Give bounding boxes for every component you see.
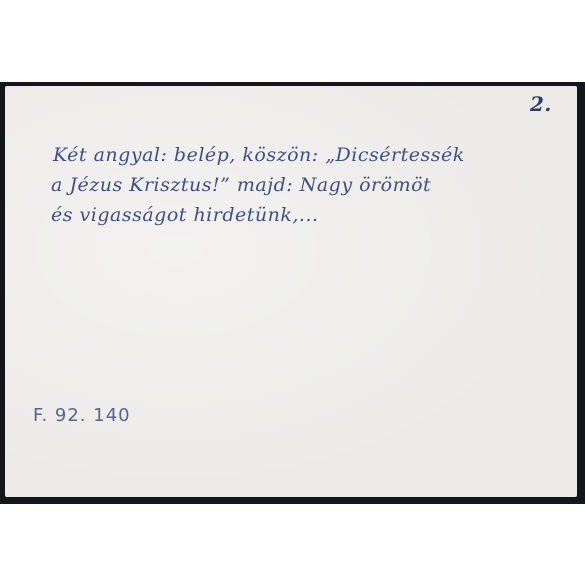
catalog-number: F. 92. 140: [33, 405, 131, 426]
handwritten-line-3: és vigasságot hirdetünk,...: [51, 204, 319, 226]
photo-card-frame: 2. Két angyal: belép, köszön: „Dicsértes…: [0, 82, 585, 504]
page-number: 2.: [530, 92, 552, 116]
handwritten-line-1: Két angyal: belép, köszön: „Dicsértessék: [53, 144, 465, 166]
card-paper: 2. Két angyal: belép, köszön: „Dicsértes…: [5, 86, 577, 497]
handwritten-line-2: a Jézus Krisztus!” majd: Nagy örömöt: [51, 174, 431, 196]
